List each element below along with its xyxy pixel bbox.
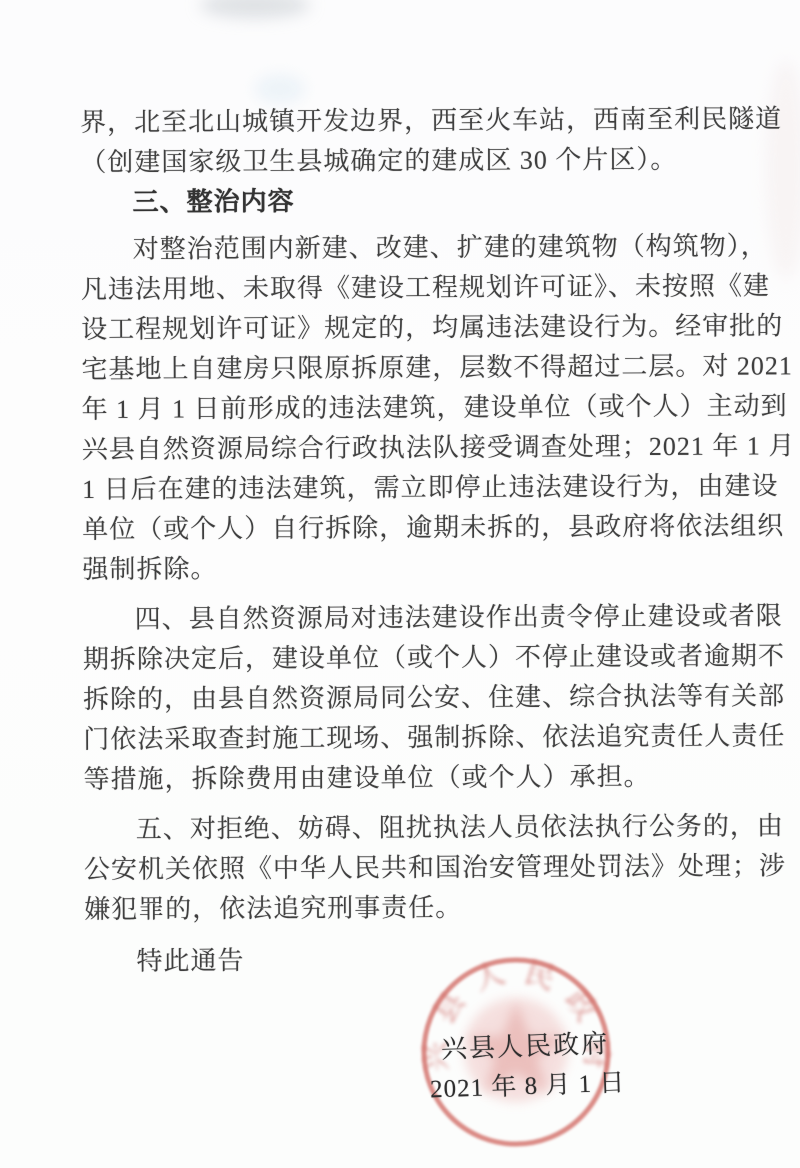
text-line: 兴县自然资源局综合行政执法队接受调查处理；2021 年 1 月 bbox=[82, 427, 730, 470]
text-line: 年 1 月 1 日前形成的违法建筑，建设单位（或个人）主动到 bbox=[82, 387, 730, 430]
text-line: 门依法采取查封施工现场、强制拆除、依法追究责任人责任 bbox=[83, 717, 731, 760]
photo-smudge bbox=[766, 60, 800, 280]
issue-date: 2021 年 8 月 1 日 bbox=[429, 1063, 625, 1106]
text-line: 1 日后在建的违法建筑，需立即停止违法建设行为，由建设 bbox=[82, 467, 730, 510]
official-seal: 兴县人民政府 bbox=[416, 952, 616, 1152]
text-line: 五、对拒绝、妨碍、阻扰执法人员依法执行公务的，由 bbox=[84, 807, 732, 850]
text-line: 四、县自然资源局对违法建设作出责令停止建设或者限 bbox=[83, 597, 731, 640]
text-line: 单位（或个人）自行拆除，逾期未拆的，县政府将依法组织 bbox=[82, 507, 730, 550]
seal-star-icon bbox=[467, 1002, 566, 1093]
issuer-name: 兴县人民政府 bbox=[440, 1023, 609, 1066]
paragraph: 五、对拒绝、妨碍、阻扰执法人员依法执行公务的，由公安机关依照《中华人民共和国治安… bbox=[84, 807, 733, 930]
text-line: 对整治范围内新建、改建、扩建的建筑物（构筑物）， bbox=[81, 227, 729, 270]
paragraph: 四、县自然资源局对违法建设作出责令停止建设或者限期拆除决定后，建设单位（或个人）… bbox=[83, 597, 732, 800]
text-line: 等措施，拆除费用由建设单位（或个人）承担。 bbox=[83, 757, 731, 800]
notice-body: 界，北至北山城镇开发边界，西至火车站，西南至利民隧道（创建国家级卫生县城确定的建… bbox=[80, 100, 733, 982]
text-line: （创建国家级卫生县城确定的建成区 30 个片区）。 bbox=[80, 140, 728, 183]
photo-smudge bbox=[255, 75, 305, 103]
text-line: 拆除的，由县自然资源局同公安、住建、综合执法等有关部 bbox=[83, 677, 731, 720]
text-line: 凡违法用地、未取得《建设工程规划许可证》、未按照《建 bbox=[81, 267, 729, 310]
paragraph: 特此通告 bbox=[84, 939, 732, 982]
seal-center-blob bbox=[464, 998, 568, 1102]
text-line: 嫌犯罪的，依法追究刑事责任。 bbox=[84, 887, 732, 930]
text-line: 设工程规划许可证》规定的，均属违法建设行为。经审批的 bbox=[81, 307, 729, 350]
text-line: 公安机关依照《中华人民共和国治安管理处罚法》处理；涉 bbox=[84, 847, 732, 890]
text-line: 强制拆除。 bbox=[82, 547, 730, 590]
text-line: 宅基地上自建房只限原拆原建，层数不得超过二层。对 2021 bbox=[81, 347, 729, 390]
paragraph: 对整治范围内新建、改建、扩建的建筑物（构筑物），凡违法用地、未取得《建设工程规划… bbox=[81, 227, 731, 590]
seal-ring bbox=[424, 960, 608, 1144]
text-line: 特此通告 bbox=[84, 939, 732, 982]
text-line: 期拆除决定后，建设单位（或个人）不停止建设或者逾期不 bbox=[83, 637, 731, 680]
paragraph: 界，北至北山城镇开发边界，西至火车站，西南至利民隧道（创建国家级卫生县城确定的建… bbox=[80, 100, 728, 183]
text-line: 三、整治内容 bbox=[80, 180, 728, 223]
photo-smudge bbox=[200, 0, 310, 18]
document-page: 界，北至北山城镇开发边界，西至火车站，西南至利民隧道（创建国家级卫生县城确定的建… bbox=[0, 0, 800, 1168]
text-line: 界，北至北山城镇开发边界，西至火车站，西南至利民隧道 bbox=[80, 100, 728, 143]
section-heading: 三、整治内容 bbox=[80, 180, 728, 223]
